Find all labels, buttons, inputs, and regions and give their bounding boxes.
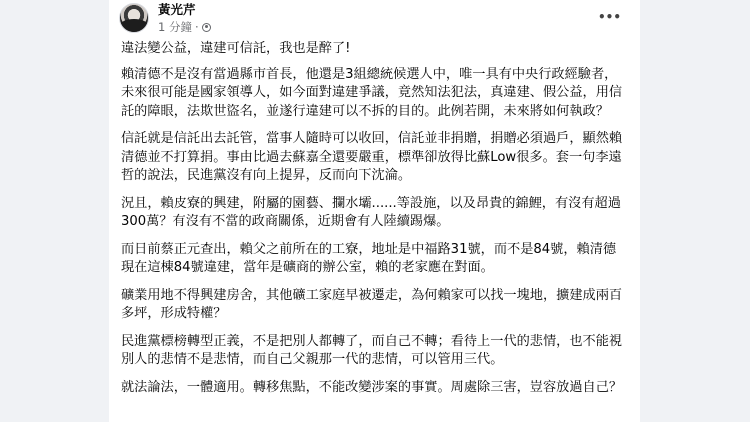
post-body: 違法變公益，違建可信託，我也是醉了! 賴清德不是沒有當過縣市首長，他還是3組總統… (121, 40, 627, 406)
avatar[interactable] (119, 3, 149, 33)
post-card: 黃光芹 1 分鐘 · ••• 違法變公益，違建可信託，我也是醉了! 賴清德不是沒… (109, 0, 640, 422)
post-paragraph: 賴清德不是沒有當過縣市首長，他還是3組總統候選人中，唯一具有中央行政經驗者，未來… (121, 66, 627, 122)
post-paragraph: 違法變公益，違建可信託，我也是醉了! (121, 40, 627, 59)
post-paragraph: 民進黨標榜轉型正義，不是把別人都轉了，而自己不轉；看待上一代的悲情，也不能視別人… (121, 333, 627, 370)
post-paragraph: 礦業用地不得興建房舍，其他礦工家庭早被遷走，為何賴家可以找一塊地，擴建成兩百多坪… (121, 287, 627, 324)
post-paragraph: 信託就是信託出去託管，當事人隨時可以收回，信託並非捐贈，捐贈必須過戶，顯然賴清德… (121, 130, 627, 186)
globe-icon[interactable] (202, 23, 211, 32)
timestamp-row: 1 分鐘 · (158, 19, 211, 35)
post-paragraph: 而日前蔡正元查出，賴父之前所在的工寮，地址是中福路31號，而不是84號，賴清德現… (121, 241, 627, 278)
more-options-icon[interactable]: ••• (598, 12, 621, 22)
post-meta: 黃光芹 1 分鐘 · (158, 2, 211, 35)
post-header: 黃光芹 1 分鐘 · (119, 2, 211, 35)
author-name[interactable]: 黃光芹 (158, 2, 211, 18)
post-paragraph: 就法論法，一體適用。轉移焦點，不能改變涉案的事實。周處除三害，豈容放過自己？ (121, 379, 627, 398)
post-paragraph: 況且，賴皮寮的興建，附屬的園藝、攔水壩......等設施，以及昂貴的錦鯉，有沒有… (121, 195, 627, 232)
timestamp[interactable]: 1 分鐘 (158, 19, 192, 35)
separator-dot: · (195, 19, 199, 35)
